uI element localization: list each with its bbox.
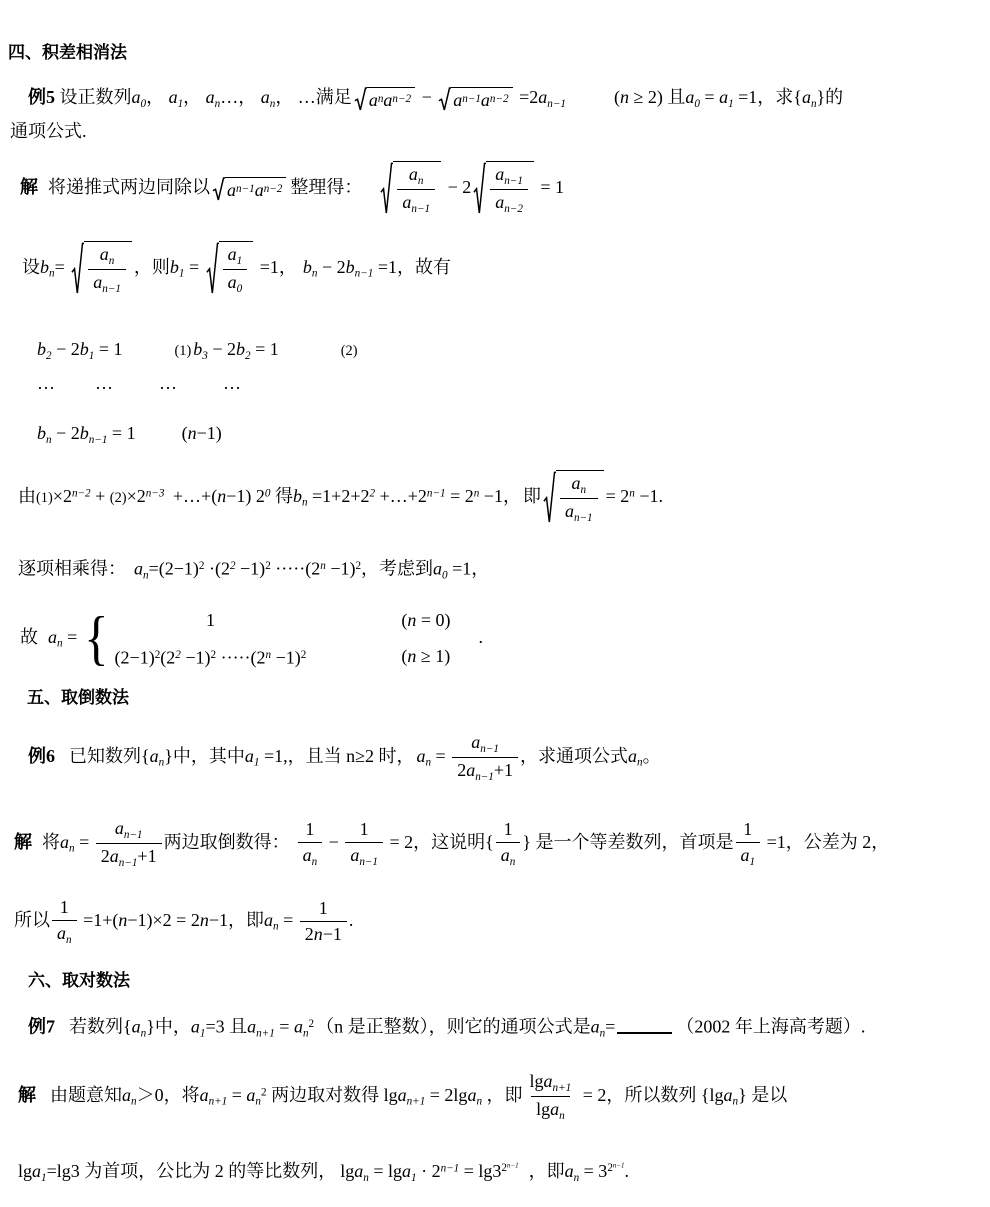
square-root: a1a0 bbox=[206, 241, 254, 297]
fraction: 1an−1 bbox=[345, 818, 383, 870]
subscript: n−2 bbox=[392, 93, 411, 107]
text-run: 1 bbox=[743, 819, 752, 839]
case-expression: 1 bbox=[206, 607, 215, 633]
math-variable: a bbox=[150, 746, 159, 766]
equation-number: (1) bbox=[174, 343, 191, 359]
text-run: − 2 bbox=[208, 339, 236, 359]
math-variable: a bbox=[741, 845, 750, 865]
fraction: lgan+1lgan bbox=[525, 1070, 577, 1124]
math-variable: a bbox=[227, 179, 236, 202]
math-number: 2 bbox=[63, 486, 72, 506]
denominator: an−2 bbox=[490, 189, 528, 216]
superscript: 2n−1 bbox=[501, 1162, 518, 1174]
square-root: anan−2 bbox=[354, 87, 415, 112]
math-variable: a bbox=[591, 1017, 600, 1037]
numerator: a1 bbox=[223, 243, 248, 269]
text-run: =1， bbox=[255, 257, 297, 277]
text-run: =1，故有 bbox=[373, 257, 451, 277]
text-run: 2 bbox=[301, 649, 307, 661]
math-variable: a bbox=[228, 244, 237, 264]
subscript: n bbox=[312, 856, 318, 868]
text-run: }中，其中 bbox=[164, 746, 245, 766]
heading-method-6: 六、取对数法 bbox=[28, 968, 130, 994]
math-variable: b bbox=[80, 339, 89, 359]
math-variable: a bbox=[169, 87, 178, 107]
square-root: anan−1 bbox=[71, 241, 132, 297]
text-run: − 2 bbox=[317, 257, 345, 277]
text-run: } 是一个等差数列，首项是 bbox=[522, 832, 733, 852]
text-run: − 2 bbox=[443, 177, 471, 197]
text-run: × bbox=[53, 486, 63, 506]
math-variable: n bbox=[407, 646, 416, 666]
text-run: = 1 bbox=[107, 423, 135, 443]
subscript: n−1 bbox=[89, 434, 108, 446]
superscript: n−3 bbox=[146, 487, 165, 499]
text-run: …， bbox=[220, 87, 261, 107]
math-variable: a bbox=[245, 746, 254, 766]
subscript: n bbox=[510, 856, 516, 868]
example5-statement: 例5 设正数列a0， a1， an…， an， …满足anan−2 − an−1… bbox=[28, 84, 843, 117]
radical-icon bbox=[354, 87, 367, 112]
text-run: 将递推式两边同除以 bbox=[48, 177, 210, 197]
text-run: = 1 bbox=[94, 339, 122, 359]
text-run: lg bbox=[536, 1099, 550, 1119]
text-run: + bbox=[91, 486, 110, 506]
text-run: 设 bbox=[22, 257, 40, 277]
numerator: 1 bbox=[55, 896, 74, 920]
text-run: 若数列{ bbox=[69, 1017, 132, 1037]
text-run: 1 bbox=[319, 898, 328, 918]
text-run: =lg3 为首项，公比为 2 的等比数列， bbox=[47, 1161, 337, 1181]
radicand: anan−2 bbox=[367, 87, 415, 112]
math-variable: b bbox=[37, 339, 46, 359]
denominator: an−1 bbox=[560, 498, 598, 525]
math-variable: a bbox=[481, 89, 490, 112]
subscript: n−2 bbox=[490, 93, 509, 107]
math-variable: n bbox=[217, 486, 226, 506]
text-run: = bbox=[700, 87, 719, 107]
text-run: − 2 bbox=[52, 423, 80, 443]
fraction: 1an bbox=[52, 896, 77, 948]
radicand: an−1an−2 bbox=[225, 177, 286, 202]
subscript: n−1 bbox=[102, 283, 121, 295]
text-run: } 是以 bbox=[738, 1085, 787, 1105]
text-run: =1，公差为 2， bbox=[762, 832, 889, 852]
square-root: an−1an−2 bbox=[438, 87, 512, 112]
text-run: = bbox=[446, 486, 465, 506]
numerator: lgan+1 bbox=[525, 1070, 577, 1096]
math-variable: a bbox=[93, 272, 102, 292]
text-run: − bbox=[417, 87, 436, 107]
superscript: 2 bbox=[309, 1018, 315, 1030]
math-variable: b bbox=[40, 257, 49, 277]
math-variable: a bbox=[350, 845, 359, 865]
text-run: = 1 bbox=[251, 339, 279, 359]
math-variable: a bbox=[247, 1017, 256, 1037]
text-run: ≥ 1) bbox=[416, 646, 450, 666]
denominator: lgan bbox=[531, 1096, 570, 1123]
subscript: n−1 bbox=[359, 856, 378, 868]
text-run: = bbox=[431, 746, 450, 766]
math-variable: n bbox=[620, 87, 629, 107]
text-run: 故 bbox=[20, 627, 38, 647]
math-variable: a bbox=[572, 473, 581, 493]
text-run: 所以 bbox=[14, 910, 50, 930]
heading-method-4: 四、积差相消法 bbox=[8, 40, 127, 66]
subscript: n−2 bbox=[264, 183, 283, 197]
math-variable: a bbox=[544, 1071, 553, 1091]
text-run: = 2，这说明{ bbox=[385, 832, 494, 852]
text-run: −1) bbox=[236, 559, 266, 579]
math-variable: a bbox=[685, 87, 694, 107]
text-run: = 3 bbox=[579, 1161, 607, 1181]
text-run: · bbox=[417, 1161, 432, 1181]
math-variable: a bbox=[453, 89, 462, 112]
text-run: 2 bbox=[101, 846, 110, 866]
math-variable: a bbox=[294, 1017, 303, 1037]
subscript: n bbox=[559, 1110, 565, 1122]
math-variable: b bbox=[303, 257, 312, 277]
heading-method-5: 五、取倒数法 bbox=[27, 685, 129, 711]
text-run: × bbox=[127, 486, 137, 506]
text-run: }的 bbox=[817, 87, 844, 107]
bold-label: 例6 bbox=[28, 746, 55, 766]
math-number: 2 bbox=[418, 486, 427, 506]
text-run: 。 bbox=[643, 746, 661, 766]
fraction: anan−1 bbox=[560, 472, 598, 526]
math-variable: a bbox=[115, 818, 124, 838]
text-run: ，考虑到 bbox=[361, 559, 433, 579]
math-number: 2 bbox=[311, 559, 320, 579]
math-document: 四、积差相消法例5 设正数列a0， a1， an…， an， …满足anan−2… bbox=[0, 0, 990, 1207]
math-variable: a bbox=[409, 164, 418, 184]
math-number: 2 bbox=[137, 486, 146, 506]
math-number: 2 bbox=[465, 486, 474, 506]
text-run: = bbox=[55, 257, 70, 277]
text-run: = bbox=[63, 627, 82, 647]
text-run: −1) bbox=[197, 423, 222, 443]
text-run: =1+( bbox=[79, 910, 119, 930]
math-variable: a bbox=[134, 559, 143, 579]
denominator: an−1 bbox=[88, 269, 126, 296]
radical-icon bbox=[212, 177, 225, 202]
subscript: n−1 bbox=[119, 857, 138, 869]
text-run: = 2lg bbox=[425, 1085, 467, 1105]
case-expression: (2−1)2(22 −1)2 ·····(2n −1)2 bbox=[115, 642, 307, 671]
text-run: =1,，且当 n≥2 时， bbox=[259, 746, 414, 766]
text-run: 已知数列{ bbox=[69, 746, 150, 766]
radical-icon bbox=[473, 161, 486, 217]
text-run: −1， bbox=[479, 486, 521, 506]
math-variable: a bbox=[191, 1017, 200, 1037]
math-variable: a bbox=[206, 87, 215, 107]
math-variable: a bbox=[354, 1161, 363, 1181]
text-run: −1) bbox=[181, 648, 211, 668]
math-variable: a bbox=[261, 87, 270, 107]
text-run: … bbox=[223, 373, 241, 393]
radicand: anan−1 bbox=[84, 241, 132, 297]
case-condition: (n ≥ 1) bbox=[401, 643, 450, 669]
subscript: n bbox=[66, 934, 72, 946]
radicand: anan−1 bbox=[393, 161, 441, 217]
text-run: 由 bbox=[18, 486, 36, 506]
superscript: n−2 bbox=[72, 487, 91, 499]
math-variable: a bbox=[565, 501, 574, 521]
text-run: 由题意知 bbox=[50, 1085, 122, 1105]
superscript: n−1 bbox=[507, 1163, 519, 1170]
subscript: 0 bbox=[237, 283, 243, 295]
text-run: (2−1) bbox=[115, 648, 155, 668]
text-run: 1 bbox=[504, 819, 513, 839]
text-run: 通项公式. bbox=[10, 121, 87, 141]
radical-icon bbox=[206, 241, 219, 297]
math-variable: b bbox=[193, 339, 202, 359]
math-number: 2 bbox=[166, 648, 175, 668]
math-variable: a bbox=[802, 87, 811, 107]
solution5-step1: 解将递推式两边同除以an−1an−2整理得：anan−1 − 2an−1an−2… bbox=[20, 161, 564, 217]
subscript: 1 bbox=[237, 255, 243, 267]
subscript: 1 bbox=[750, 856, 756, 868]
text-run: = 0) bbox=[416, 610, 450, 630]
text-run: ·( bbox=[204, 559, 221, 579]
text-run: 整理得： bbox=[290, 177, 362, 197]
math-variable: a bbox=[719, 87, 728, 107]
text-run: 即 bbox=[523, 486, 541, 506]
math-variable: a bbox=[228, 272, 237, 292]
text-run: }中， bbox=[146, 1017, 191, 1037]
math-variable: a bbox=[628, 746, 637, 766]
text-run: = 1 bbox=[536, 177, 564, 197]
numerator: 1 bbox=[300, 818, 319, 842]
math-variable: b bbox=[170, 257, 179, 277]
denominator: a1 bbox=[736, 842, 761, 869]
fraction: anan−1 bbox=[397, 163, 435, 217]
superscript: n−1 bbox=[427, 487, 446, 499]
subscript: n−2 bbox=[504, 203, 523, 215]
math-variable: a bbox=[100, 244, 109, 264]
text-run: ·····( bbox=[216, 648, 256, 668]
subscript: n−1 bbox=[574, 512, 593, 524]
text-run: = 2，所以数列 {lg bbox=[578, 1085, 723, 1105]
math-variable: b bbox=[346, 257, 355, 277]
numerator: an bbox=[404, 163, 429, 189]
text-run: 1 bbox=[360, 819, 369, 839]
subscript: n+1 bbox=[256, 1027, 275, 1039]
text-run: ，即 bbox=[482, 1085, 523, 1105]
example5-statement-cont: 通项公式. bbox=[10, 118, 87, 144]
math-variable: a bbox=[565, 1161, 574, 1181]
superscript: n−1 bbox=[613, 1163, 625, 1170]
subscript: n−1 bbox=[124, 829, 143, 841]
text-run: = bbox=[275, 1017, 294, 1037]
math-variable: a bbox=[200, 1085, 209, 1105]
text-run: lg bbox=[340, 1161, 354, 1181]
case-condition: (n = 0) bbox=[401, 607, 450, 633]
text-run: 两边取倒数得： bbox=[164, 832, 290, 852]
math-variable: a bbox=[132, 87, 141, 107]
math-variable: a bbox=[538, 87, 547, 107]
math-variable: a bbox=[132, 1017, 141, 1037]
denominator: 2an−1+1 bbox=[452, 757, 518, 784]
math-variable: a bbox=[724, 1085, 733, 1105]
subscript: n+1 bbox=[209, 1096, 228, 1108]
math-variable: a bbox=[383, 89, 392, 112]
text-run: 2 bbox=[309, 1018, 315, 1030]
text-run: ＞0，将 bbox=[137, 1085, 200, 1105]
text-run: +1 bbox=[494, 760, 513, 780]
math-variable: n bbox=[200, 910, 209, 930]
text-run: 两边取对数得 lg bbox=[267, 1085, 398, 1105]
text-run: +…+( bbox=[168, 486, 217, 506]
text-run: lg bbox=[530, 1071, 544, 1091]
text-run: ，求通项公式 bbox=[520, 746, 628, 766]
math-number: 2 bbox=[620, 486, 629, 506]
math-variable: a bbox=[57, 923, 66, 943]
answer-blank bbox=[617, 1029, 672, 1034]
text-run: −1) bbox=[271, 648, 301, 668]
solution5-step3: 由(1)×2n−2 + (2)×2n−3 +…+(n−1) 20 得bn =1+… bbox=[18, 470, 663, 526]
radicand: anan−1 bbox=[556, 470, 604, 526]
text-run: =1+2+ bbox=[308, 486, 361, 506]
subscript: n bbox=[418, 175, 424, 187]
solution7-step2: lga1=lg3 为首项，公比为 2 的等比数列，lgan = lga1 · 2… bbox=[18, 1154, 629, 1191]
equation-1-2: b2 − 2b1 = 1(1)b3 − 2b2 = 1(2) bbox=[37, 336, 358, 369]
superscript: 2n−1 bbox=[607, 1162, 624, 1174]
numerator: an bbox=[567, 472, 592, 498]
math-variable: a bbox=[550, 1099, 559, 1119]
bold-label: 例5 bbox=[28, 87, 55, 107]
text-run: 1 bbox=[305, 819, 314, 839]
example7-statement: 例7若数列{an}中，a1=3 且an+1 = an2（n 是正整数），则它的通… bbox=[28, 1011, 865, 1046]
text-run: = bbox=[227, 1085, 246, 1105]
numerator: an bbox=[95, 243, 120, 269]
text-run: 2 bbox=[457, 760, 466, 780]
math-variable: a bbox=[60, 832, 69, 852]
math-variable: a bbox=[369, 89, 378, 112]
text-run: = bbox=[75, 832, 94, 852]
subscript: n bbox=[581, 484, 587, 496]
text-run: +…+ bbox=[375, 486, 418, 506]
text-run: = lg bbox=[369, 1161, 402, 1181]
math-variable: a bbox=[110, 846, 119, 866]
text-run: −1) bbox=[226, 486, 256, 506]
subscript: n−1 bbox=[355, 268, 374, 280]
text-run: =2 bbox=[515, 87, 539, 107]
text-run: − 2 bbox=[52, 339, 80, 359]
text-run: . bbox=[479, 627, 484, 647]
subscript: n−1 bbox=[475, 771, 494, 783]
fraction: an−1an−2 bbox=[490, 163, 528, 217]
math-variable: a bbox=[303, 845, 312, 865]
math-variable: b bbox=[293, 486, 302, 506]
math-variable: a bbox=[398, 1085, 407, 1105]
text-run: 设正数列 bbox=[55, 87, 132, 107]
text-run: … bbox=[95, 373, 113, 393]
brace-icon: { bbox=[84, 610, 108, 667]
fraction: anan−1 bbox=[88, 243, 126, 297]
superscript: n−1 bbox=[441, 1162, 460, 1174]
bold-label: 例7 bbox=[28, 1017, 55, 1037]
text-run: −1) bbox=[326, 559, 356, 579]
text-run: 2 bbox=[305, 924, 314, 944]
piecewise-definition: {1(n = 0)(2−1)2(22 −1)2 ·····(2n −1)2(n … bbox=[82, 607, 451, 671]
equation-ellipsis: ………… bbox=[37, 370, 241, 396]
math-variable: a bbox=[32, 1161, 41, 1181]
math-number: 2 bbox=[257, 648, 266, 668]
fraction: 1an bbox=[298, 818, 323, 870]
text-run: − bbox=[324, 832, 343, 852]
bold-label: 解 bbox=[14, 832, 32, 852]
numerator: 1 bbox=[738, 818, 757, 842]
text-run: =1，求{ bbox=[734, 87, 802, 107]
text-run: 1 bbox=[60, 897, 69, 917]
radicand: a1a0 bbox=[219, 241, 254, 297]
denominator: 2an−1+1 bbox=[96, 843, 162, 870]
radical-icon bbox=[543, 470, 556, 526]
math-variable: a bbox=[495, 192, 504, 212]
math-variable: b bbox=[80, 423, 89, 443]
text-run: （n 是正整数），则它的通项公式是 bbox=[316, 1017, 591, 1037]
math-number: 2 bbox=[432, 1161, 441, 1181]
math-number: 2 bbox=[221, 559, 230, 579]
subscript: n−1 bbox=[411, 203, 430, 215]
text-run: ， bbox=[183, 87, 206, 107]
math-variable: n bbox=[407, 610, 416, 630]
subscript: n+1 bbox=[407, 1096, 426, 1108]
text-run: 六、取对数法 bbox=[28, 971, 130, 991]
subscript: n−1 bbox=[504, 175, 523, 187]
text-run: ，即 bbox=[529, 1161, 565, 1181]
math-variable: a bbox=[433, 559, 442, 579]
math-number: 2 bbox=[256, 486, 265, 506]
math-variable: b bbox=[236, 339, 245, 359]
text-run: 四、积差相消法 bbox=[8, 43, 127, 63]
bold-label: 解 bbox=[20, 177, 38, 197]
math-variable: n bbox=[188, 423, 197, 443]
text-run: = bbox=[606, 486, 621, 506]
math-variable: a bbox=[402, 1161, 411, 1181]
numerator: 1 bbox=[355, 818, 374, 842]
text-run: ， …满足 bbox=[275, 87, 352, 107]
text-run: . bbox=[349, 910, 354, 930]
solution5-step2: 设bn= anan−1，则b1 = a1a0 =1，bn − 2bn−1 =1，… bbox=[22, 241, 451, 297]
fraction: 1a1 bbox=[736, 818, 761, 870]
text-run: = bbox=[279, 910, 298, 930]
text-run: ≥ 2) 且 bbox=[629, 87, 685, 107]
text-run: =(2−1) bbox=[149, 559, 199, 579]
text-run: = bbox=[185, 257, 204, 277]
equation-number: (1) bbox=[36, 490, 53, 506]
math-variable: a bbox=[122, 1085, 131, 1105]
subscript: n−1 bbox=[547, 98, 566, 110]
bold-label: 解 bbox=[18, 1085, 36, 1105]
math-variable: a bbox=[264, 910, 273, 930]
radicand: an−1an−2 bbox=[486, 161, 534, 217]
text-run: −1. bbox=[635, 486, 663, 506]
subscript: n−1 bbox=[462, 93, 481, 107]
fraction: a1a0 bbox=[223, 243, 248, 297]
math-variable: b bbox=[37, 423, 46, 443]
math-variable: a bbox=[255, 179, 264, 202]
fraction: 12n−1 bbox=[300, 897, 347, 947]
numerator: an−1 bbox=[490, 163, 528, 189]
denominator: an−1 bbox=[345, 842, 383, 869]
subscript: n−1 bbox=[236, 183, 255, 197]
superscript: 2 bbox=[301, 649, 307, 661]
text-run: −1，即 bbox=[209, 910, 264, 930]
text-run: … bbox=[159, 373, 177, 393]
text-run: =3 且 bbox=[205, 1017, 247, 1037]
